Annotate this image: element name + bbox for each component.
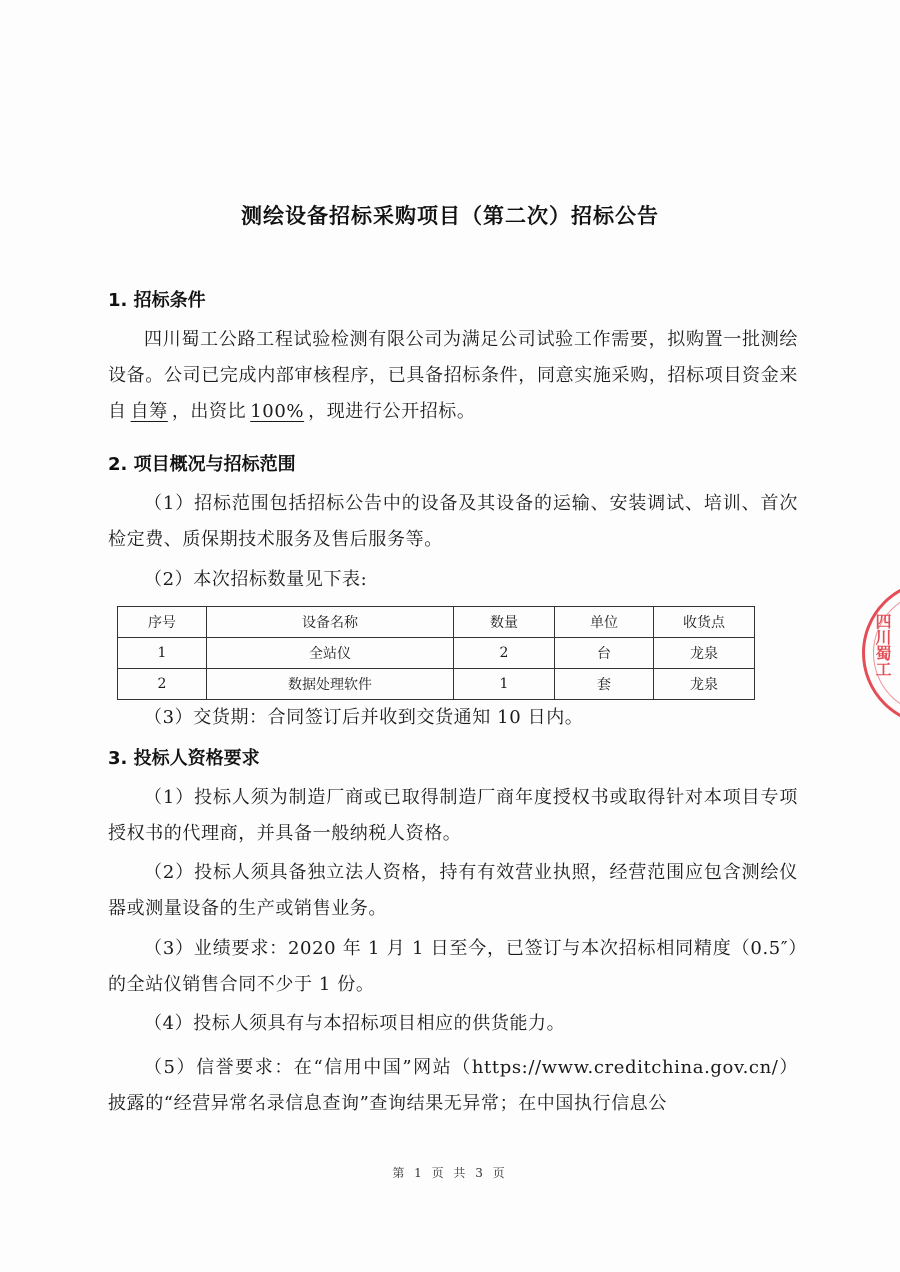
- section-heading-3: 3. 投标人资格要求: [108, 744, 260, 770]
- table-header-cell: 数量: [454, 607, 555, 638]
- table-cell: 数据处理软件: [207, 669, 454, 700]
- fund-source-value: 自筹: [127, 401, 172, 422]
- paragraph-text: ，出资比: [172, 401, 246, 422]
- table-cell: 1: [454, 669, 555, 700]
- section-heading-2: 2. 项目概况与招标范围: [108, 450, 296, 476]
- table-cell: 2: [454, 638, 555, 669]
- table-header-cell: 序号: [118, 607, 207, 638]
- table-row: 1 全站仪 2 台 龙泉: [118, 638, 755, 669]
- seal-text: 四川蜀工: [871, 613, 894, 677]
- document-page: 测绘设备招标采购项目（第二次）招标公告 1. 招标条件 四川蜀工公路工程试验检测…: [0, 0, 900, 1272]
- table-cell: 1: [118, 638, 207, 669]
- section-2-item-1: （1）招标范围包括招标公告中的设备及其设备的运输、安装调试、培训、首次检定费、质…: [108, 486, 798, 558]
- equipment-table: 序号 设备名称 数量 单位 收货点 1 全站仪 2 台 龙泉 2 数据处理软件 …: [117, 606, 755, 700]
- table-cell: 台: [555, 638, 654, 669]
- table-cell: 全站仪: [207, 638, 454, 669]
- table-header-row: 序号 设备名称 数量 单位 收货点: [118, 607, 755, 638]
- section-heading-1: 1. 招标条件: [108, 286, 206, 312]
- section-3-item-4: （4）投标人须具有与本招标项目相应的供货能力。: [108, 1006, 798, 1042]
- table-header-cell: 单位: [555, 607, 654, 638]
- table-header-cell: 设备名称: [207, 607, 454, 638]
- section-3-item-1: （1）投标人须为制造厂商或已取得制造厂商年度授权书或取得针对本项目专项授权书的代…: [108, 780, 798, 852]
- company-seal-stamp: 四川蜀工: [862, 580, 900, 726]
- table-cell: 套: [555, 669, 654, 700]
- document-title: 测绘设备招标采购项目（第二次）招标公告: [0, 200, 900, 230]
- section-1-paragraph: 四川蜀工公路工程试验检测有限公司为满足公司试验工作需要，拟购置一批测绘设备。公司…: [108, 322, 798, 430]
- section-2-item-2: （2）本次招标数量见下表:: [108, 562, 798, 598]
- fund-ratio-value: 100%: [246, 401, 308, 422]
- section-3-item-5: （5）信誉要求：在“信用中国”网站（https://www.creditchin…: [108, 1050, 798, 1122]
- table-cell: 龙泉: [654, 669, 755, 700]
- paragraph-text: ，现进行公开招标。: [308, 401, 475, 422]
- section-3-item-2: （2）投标人须具备独立法人资格，持有有效营业执照，经营范围应包含测绘仪器或测量设…: [108, 855, 798, 927]
- section-2-item-3: （3）交货期：合同签订后并收到交货通知 10 日内。: [108, 700, 798, 736]
- section-3-item-3: （3）业绩要求：2020 年 1 月 1 日至今，已签订与本次招标相同精度（0.…: [108, 931, 798, 1003]
- table-header-cell: 收货点: [654, 607, 755, 638]
- table-cell: 2: [118, 669, 207, 700]
- table-cell: 龙泉: [654, 638, 755, 669]
- table-row: 2 数据处理软件 1 套 龙泉: [118, 669, 755, 700]
- page-footer: 第 1 页 共 3 页: [0, 1164, 900, 1181]
